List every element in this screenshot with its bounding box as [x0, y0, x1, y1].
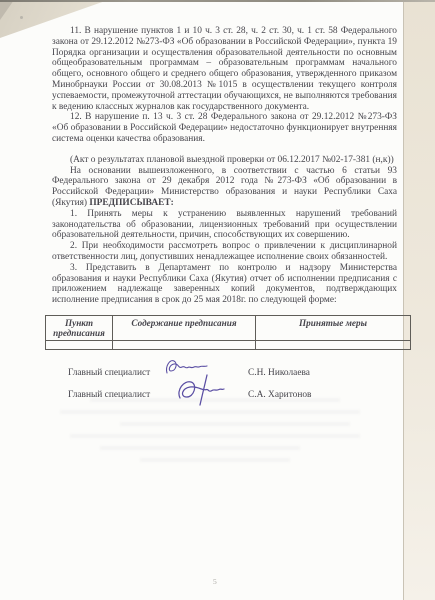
bleed-through-text — [140, 458, 290, 462]
prescribes-keyword: ПРЕДПИСЫВАЕТ: — [89, 198, 173, 208]
signature-row: Главный специалист С.А. Харитонов — [68, 390, 388, 401]
order-item-2: 2. При необходимости рассмотреть вопрос … — [52, 241, 397, 263]
table-header-measures: Принятые меры — [256, 315, 411, 340]
scan-top-edge-shadow — [0, 0, 435, 2]
table-cell — [256, 340, 411, 349]
signer-name: С.А. Харитонов — [248, 390, 388, 401]
table-header-content: Содержание предписания — [113, 315, 256, 340]
scan-speck — [20, 16, 23, 19]
signatures-block: Главный специалист С.Н. Николаева Главны… — [52, 366, 397, 430]
page-number: 5 — [213, 577, 217, 586]
signature-row: Главный специалист С.Н. Николаева — [68, 368, 388, 379]
violation-paragraph-11: 11. В нарушение пунктов 1 и 10 ч. 3 ст. … — [52, 26, 397, 112]
order-item-3: 3. Представить в Департамент по контролю… — [52, 263, 397, 306]
table-row — [46, 340, 411, 349]
basis-paragraph: На основании вышеизложенного, в соответс… — [52, 166, 397, 209]
document-body: 11. В нарушение пунктов 1 и 10 ч. 3 ст. … — [52, 26, 397, 430]
report-form-table: Пункт предписания Содержание предписания… — [45, 315, 411, 350]
bleed-through-text — [70, 434, 360, 438]
scanned-document-page: 11. В нарушение пунктов 1 и 10 ч. 3 ст. … — [0, 0, 435, 600]
signature-ink-kharitonov — [174, 372, 226, 408]
violation-paragraph-12: 12. В нарушение п. 13 ч. 3 ст. 28 Федера… — [52, 112, 397, 144]
act-reference-line: (Акт о результатах плановой выездной про… — [52, 155, 397, 166]
table-cell — [46, 340, 113, 349]
table-cell — [113, 340, 256, 349]
page-right-edge — [403, 0, 435, 600]
table-header-row: Пункт предписания Содержание предписания… — [46, 315, 411, 340]
order-item-1: 1. Принять меры к устранению выявленных … — [52, 209, 397, 241]
bleed-through-text — [100, 446, 300, 450]
signer-name: С.Н. Николаева — [248, 368, 388, 379]
table-header-item-number: Пункт предписания — [46, 315, 113, 340]
